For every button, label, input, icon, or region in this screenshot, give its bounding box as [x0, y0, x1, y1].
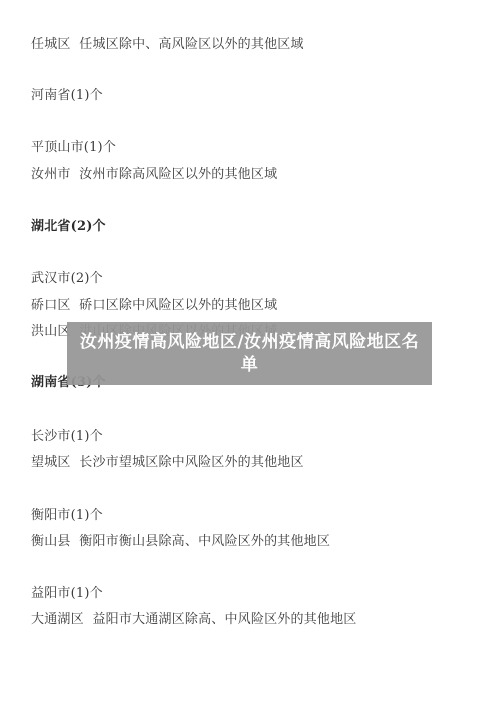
document-line: 益阳市(1)个 [31, 586, 103, 602]
document-line: 衡阳市(1)个 [31, 508, 103, 524]
document-line: 任城区 任城区除中、高风险区以外的其他区域 [31, 37, 304, 53]
document-line: 武汉市(2)个 [31, 271, 103, 287]
title-overlay-banner: 汝州疫情高风险地区/汝州疫情高风险地区名单 [67, 322, 432, 385]
document-line: 硚口区 硚口区除中风险区以外的其他区域 [31, 298, 277, 314]
document-line: 望城区 长沙市望城区除中风险区外的其他地区 [31, 455, 304, 471]
document-line: 长沙市(1)个 [31, 429, 103, 445]
overlay-title: 汝州疫情高风险地区/汝州疫情高风险地区名单 [80, 331, 420, 377]
document-line: 汝州市 汝州市除高风险区以外的其他区域 [31, 167, 277, 183]
province-heading: 湖北省(2)个 [31, 219, 106, 235]
document-line: 河南省(1)个 [31, 88, 103, 104]
document-line: 平顶山市(1)个 [31, 140, 116, 156]
document-line: 大通湖区 益阳市大通湖区除高、中风险区外的其他地区 [31, 612, 356, 628]
document-line: 衡山县 衡阳市衡山县除高、中风险区外的其他地区 [31, 534, 330, 550]
